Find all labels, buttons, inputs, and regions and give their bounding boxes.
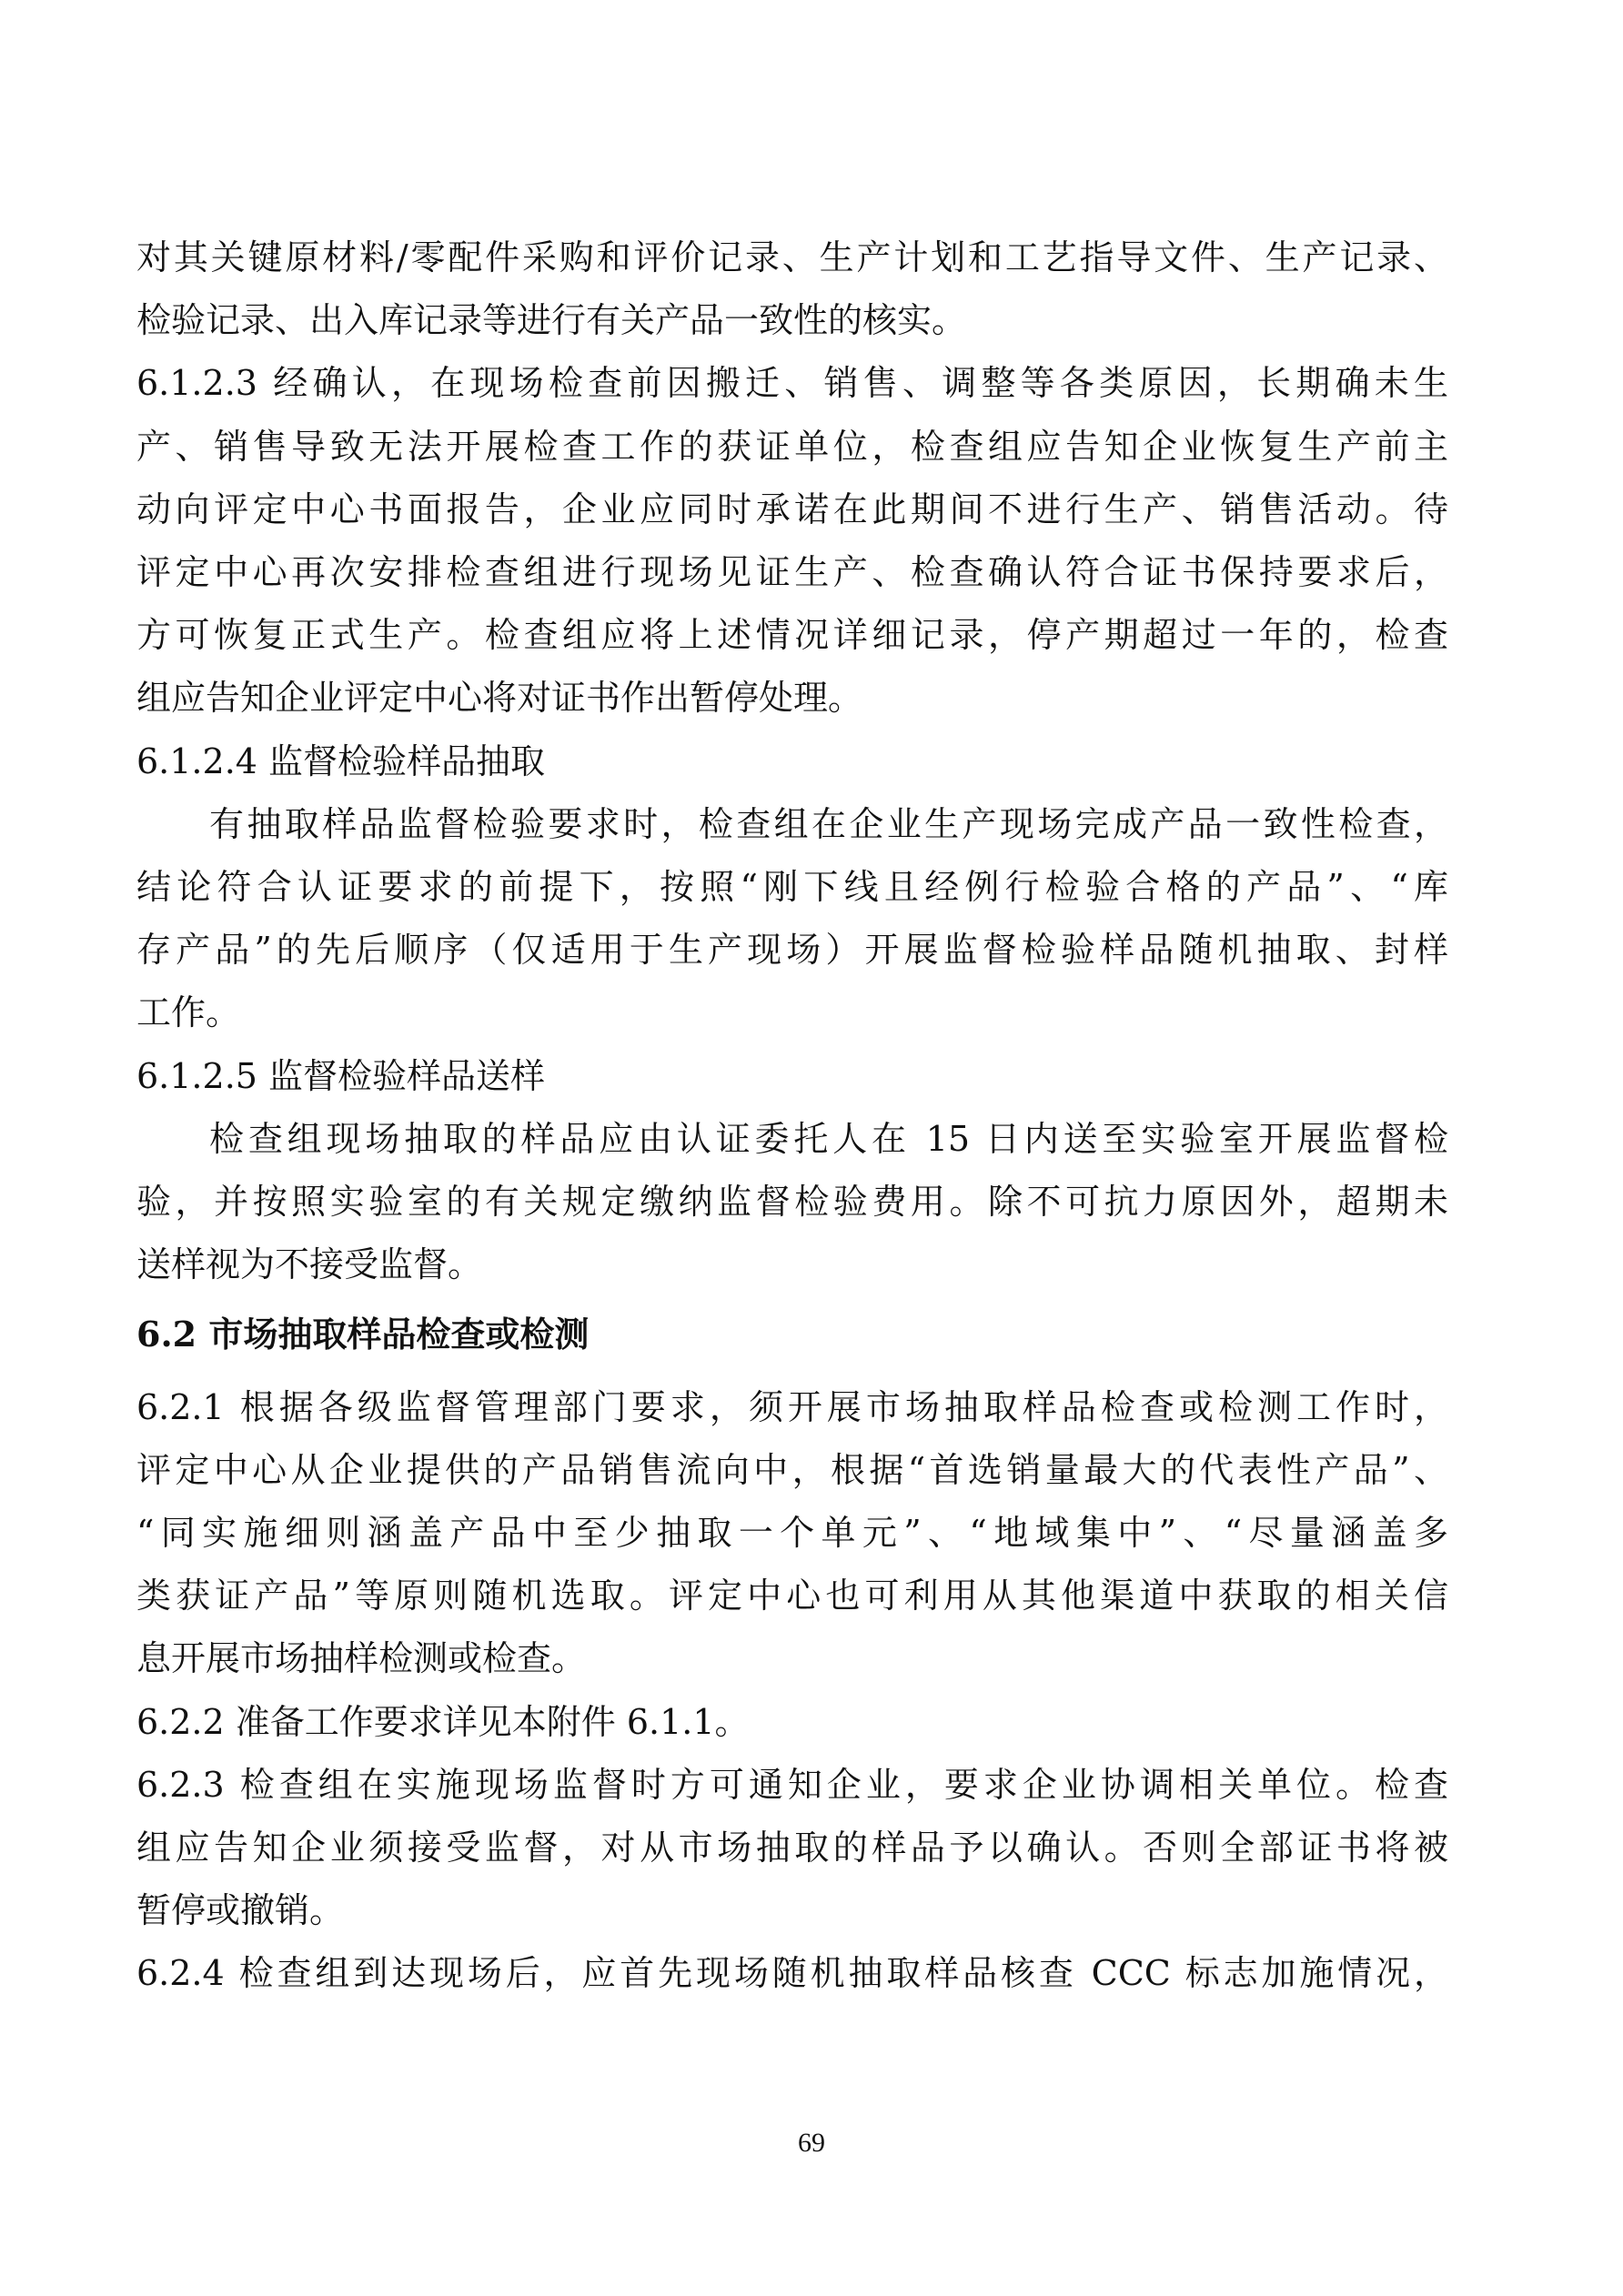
subheading-6-1-2-5: 6.1.2.5 监督检验样品送样 [136,1044,1448,1108]
subheading-6-1-2-4: 6.1.2.4 监督检验样品抽取 [136,730,1448,793]
clause-6-2-1: 6.2.1 根据各级监督管理部门要求，须开展市场抽取样品检查或检测工作时， [136,1375,1448,1439]
text-line: 组应告知企业评定中心将对证书作出暂停处理。 [136,666,1448,730]
page-number: 69 [0,2125,1623,2161]
text-line: 方可恢复正式生产。检查组应将上述情况详细记录，停产期超过一年的，检查 [136,603,1448,667]
clause-6-1-2-3: 6.1.2.3 经确认，在现场检查前因搬迁、销售、调整等各类原因，长期确未生 [136,351,1448,415]
text-line: 动向评定中心书面报告，企业应同时承诺在此期间不进行生产、销售活动。待 [136,478,1448,541]
text-line: 组应告知企业须接受监督，对从市场抽取的样品予以确认。否则全部证书将被 [136,1816,1448,1879]
section-heading-6-2: 6.2 市场抽取样品检查或检测 [136,1303,1448,1366]
text-line: 结论符合认证要求的前提下，按照“刚下线且经例行检验合格的产品”、“库 [136,855,1448,919]
text-line: 评定中心再次安排检查组进行现场见证生产、检查确认符合证书保持要求后， [136,540,1448,604]
text-line: 工作。 [136,981,1448,1044]
clause-6-2-2: 6.2.2 准备工作要求详见本附件 6.1.1。 [136,1690,1448,1754]
text-line: 息开展市场抽样检测或检查。 [136,1626,1448,1690]
clause-6-2-4: 6.2.4 检查组到达现场后，应首先现场随机抽取样品核查 CCC 标志加施情况， [136,1941,1448,2005]
text-line: 存产品”的先后顺序（仅适用于生产现场）开展监督检验样品随机抽取、封样 [136,918,1448,982]
text-line: 验，并按照实验室的有关规定缴纳监督检验费用。除不可抗力原因外，超期未 [136,1170,1448,1234]
text-line: 产、销售导致无法开展检查工作的获证单位，检查组应告知企业恢复生产前主 [136,415,1448,478]
text-line: 类获证产品”等原则随机选取。评定中心也可利用从其他渠道中获取的相关信 [136,1564,1448,1627]
text-line: “同实施细则涵盖产品中至少抽取一个单元”、“地域集中”、“尽量涵盖多 [136,1501,1448,1565]
text-line-continuation: 对其关键原材料/零配件采购和评价记录、生产计划和工艺指导文件、生产记录、 [136,226,1448,289]
clause-6-2-3: 6.2.3 检查组在实施现场监督时方可通知企业，要求企业协调相关单位。检查 [136,1753,1448,1817]
paragraph-first-line: 有抽取样品监督检验要求时，检查组在企业生产现场完成产品一致性检查， [136,792,1448,856]
text-line-continuation: 检验记录、出入库记录等进行有关产品一致性的核实。 [136,288,1448,352]
text-line: 暂停或撤销。 [136,1878,1448,1942]
text-line: 评定中心从企业提供的产品销售流向中，根据“首选销量最大的代表性产品”、 [136,1438,1448,1502]
paragraph-first-line: 检查组现场抽取的样品应由认证委托人在 15 日内送至实验室开展监督检 [136,1107,1448,1171]
text-line: 送样视为不接受监督。 [136,1233,1448,1296]
